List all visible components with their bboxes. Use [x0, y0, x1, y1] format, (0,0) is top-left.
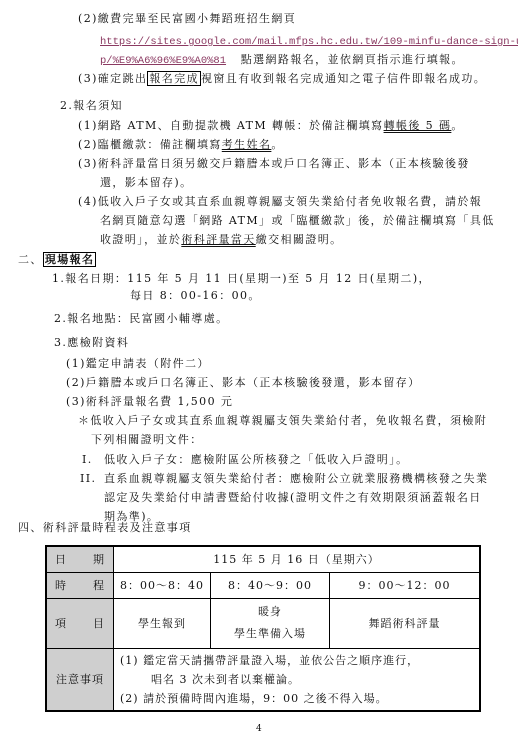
item-cell-2: 暖身學生準備入場 [211, 598, 330, 648]
time-header-char1: 時 [55, 577, 67, 593]
item-cell-1: 學生報到 [114, 598, 211, 648]
page-number: 4 [256, 724, 262, 734]
time-header-char2: 程 [93, 577, 105, 593]
notice-item-4-line1: (4)低收入戶子女或其直系血親尊親屬支領失業給付者免收報名費，請於報 [78, 195, 482, 209]
online-step-2-suffix: 點選網路報名，並依網頁指示進行填報。 [241, 53, 464, 66]
date-header-char1: 日 [55, 551, 67, 567]
onsite-docs-heading: 3.應檢附資料 [54, 336, 129, 350]
schedule-row-notes: 注意事項 (1) 鑑定當天請攜帶評量證入場，並依公告之順序進行， 唱名 3 次未… [46, 648, 480, 711]
onsite-date-line2: 每日 8：00-16：00。 [130, 289, 261, 303]
notice-item-2-emphasis: 考生姓名 [222, 138, 272, 151]
online-step-2-label: (2)繳費完畢至民富國小舞蹈班招生網頁 [78, 12, 296, 26]
notes-cell: (1) 鑑定當天請攜帶評量證入場，並依公告之順序進行， 唱名 3 次未到者以棄權… [114, 648, 481, 711]
notice-item-4-line3-prefix: 收證明」，並於 [100, 233, 181, 246]
item-cell-3: 舞蹈術科評量 [330, 598, 481, 648]
onsite-section-heading: 二、現場報名 [18, 253, 96, 267]
online-step-3-suffix: 視窗且有收到報名完成通知之電子信件即報名成功。 [201, 72, 486, 85]
schedule-row-time: 時程 8：00～8：40 8：40～9：00 9：00～12：00 [46, 572, 480, 598]
onsite-waiver-line2: 下列相關證明文件： [91, 433, 203, 447]
notice-item-4-line3-suffix: 繳交相關證明。 [256, 233, 343, 246]
notes-header-cell: 注意事項 [46, 648, 114, 711]
registration-complete-box: 報名完成 [147, 71, 201, 86]
notice-item-3-line1: (3)術科評量當日須另繳交戶籍謄本或戶口名簿正、影本（正本核驗後發 [78, 157, 470, 171]
online-step-3: (3)確定跳出報名完成視窗且有收到報名完成通知之電子信件即報名成功。 [78, 72, 486, 86]
schedule-section-title: 四、術科評量時程表及注意事項 [18, 521, 192, 535]
registration-link[interactable]: https://sites.google.com/mail.mfps.hc.ed… [100, 36, 518, 48]
time-slot-3: 9：00～12：00 [330, 572, 481, 598]
onsite-proof-1-number: I. [82, 453, 93, 467]
time-slot-1: 8：00～8：40 [114, 572, 211, 598]
note-2: (2) 請於預備時間內進場，9：00 之後不得入場。 [120, 689, 473, 708]
date-header-cell: 日期 [46, 546, 114, 572]
notice-item-3-line2: 還，影本留存)。 [100, 176, 193, 190]
schedule-row-date: 日期 115 年 5 月 16 日（星期六） [46, 546, 480, 572]
notice-item-2: (2)臨櫃繳款：備註欄填寫考生姓名。 [78, 138, 284, 152]
item-header-char2: 目 [93, 615, 105, 631]
time-slot-2: 8：40～9：00 [211, 572, 330, 598]
item-header-cell: 項目 [46, 598, 114, 648]
notice-item-1-prefix: (1)網路 ATM、自動提款機 ATM 轉帳：於備註欄填寫 [78, 119, 384, 132]
date-header-char2: 期 [93, 551, 105, 567]
note-1-line2: 唱名 3 次未到者以棄權論。 [120, 670, 473, 689]
online-step-3-prefix: (3)確定跳出 [78, 72, 147, 85]
onsite-doc-2: (2)戶籍謄本或戶口名簿正、影本（正本核驗後發還，影本留存） [66, 376, 421, 390]
notice-item-2-suffix: 。 [271, 138, 283, 151]
notice-item-4-line3: 收證明」，並於術科評量當天繳交相關證明。 [100, 233, 343, 247]
onsite-proof-2-line1: 直系血親尊親屬支領失業給付者：應檢附公立就業服務機構核發之失業 [104, 472, 488, 486]
onsite-proof-1: 低收入戶子女：應檢附區公所核發之「低收入戶證明」。 [104, 453, 409, 467]
notice-heading: 2.報名須知 [60, 99, 123, 113]
registration-url-line1[interactable]: https://sites.google.com/mail.mfps.hc.ed… [100, 34, 518, 49]
time-header-cell: 時程 [46, 572, 114, 598]
notice-item-2-prefix: (2)臨櫃繳款：備註欄填寫 [78, 138, 222, 151]
onsite-location: 2.報名地點：民富國小輔導處。 [54, 312, 229, 326]
notice-item-4-emphasis: 術科評量當天 [181, 233, 255, 246]
onsite-section-title: 現場報名 [43, 252, 97, 267]
note-1-line1: (1) 鑑定當天請攜帶評量證入場，並依公告之順序進行， [120, 651, 473, 670]
notice-item-1-emphasis: 轉帳後 5 碼 [384, 119, 452, 132]
onsite-proof-2-number: II. [80, 472, 96, 486]
notice-item-4-line2: 名網頁隨意勾選「網路 ATM」或「臨櫃繳款」後，於備註欄填寫「具低 [100, 214, 495, 228]
registration-link-cont[interactable]: p/%E9%A6%96%E9%A0%81 [100, 55, 226, 67]
onsite-proof-2-line2: 認定及失業給付申請書暨給付收據(證明文件之有效期限須涵蓋報名日 [104, 491, 482, 505]
item-header-char1: 項 [55, 615, 67, 631]
onsite-doc-1: (1)鑑定申請表（附件二） [66, 357, 210, 371]
notice-item-1-suffix: 。 [451, 119, 463, 132]
onsite-section-prefix: 二、 [18, 253, 43, 266]
date-value-cell: 115 年 5 月 16 日（星期六） [114, 546, 481, 572]
schedule-row-item: 項目 學生報到 暖身學生準備入場 舞蹈術科評量 [46, 598, 480, 648]
onsite-waiver-line1: ＊低收入戶子女或其直系血親尊親屬支領失業給付者，免收報名費，須檢附 [78, 414, 487, 428]
item-cell-2-line2: 學生準備入場 [211, 623, 329, 645]
schedule-table: 日期 115 年 5 月 16 日（星期六） 時程 8：00～8：40 8：40… [45, 545, 481, 712]
item-cell-2-line1: 暖身 [211, 601, 329, 623]
onsite-date-line1: 1.報名日期：115 年 5 月 11 日(星期一)至 5 月 12 日(星期二… [52, 272, 431, 286]
notice-item-1: (1)網路 ATM、自動提款機 ATM 轉帳：於備註欄填寫轉帳後 5 碼。 [78, 119, 464, 133]
registration-url-line2: p/%E9%A6%96%E9%A0%81 點選網路報名，並依網頁指示進行填報。 [100, 53, 464, 68]
onsite-doc-3: (3)術科評量報名費 1,500 元 [66, 395, 233, 409]
